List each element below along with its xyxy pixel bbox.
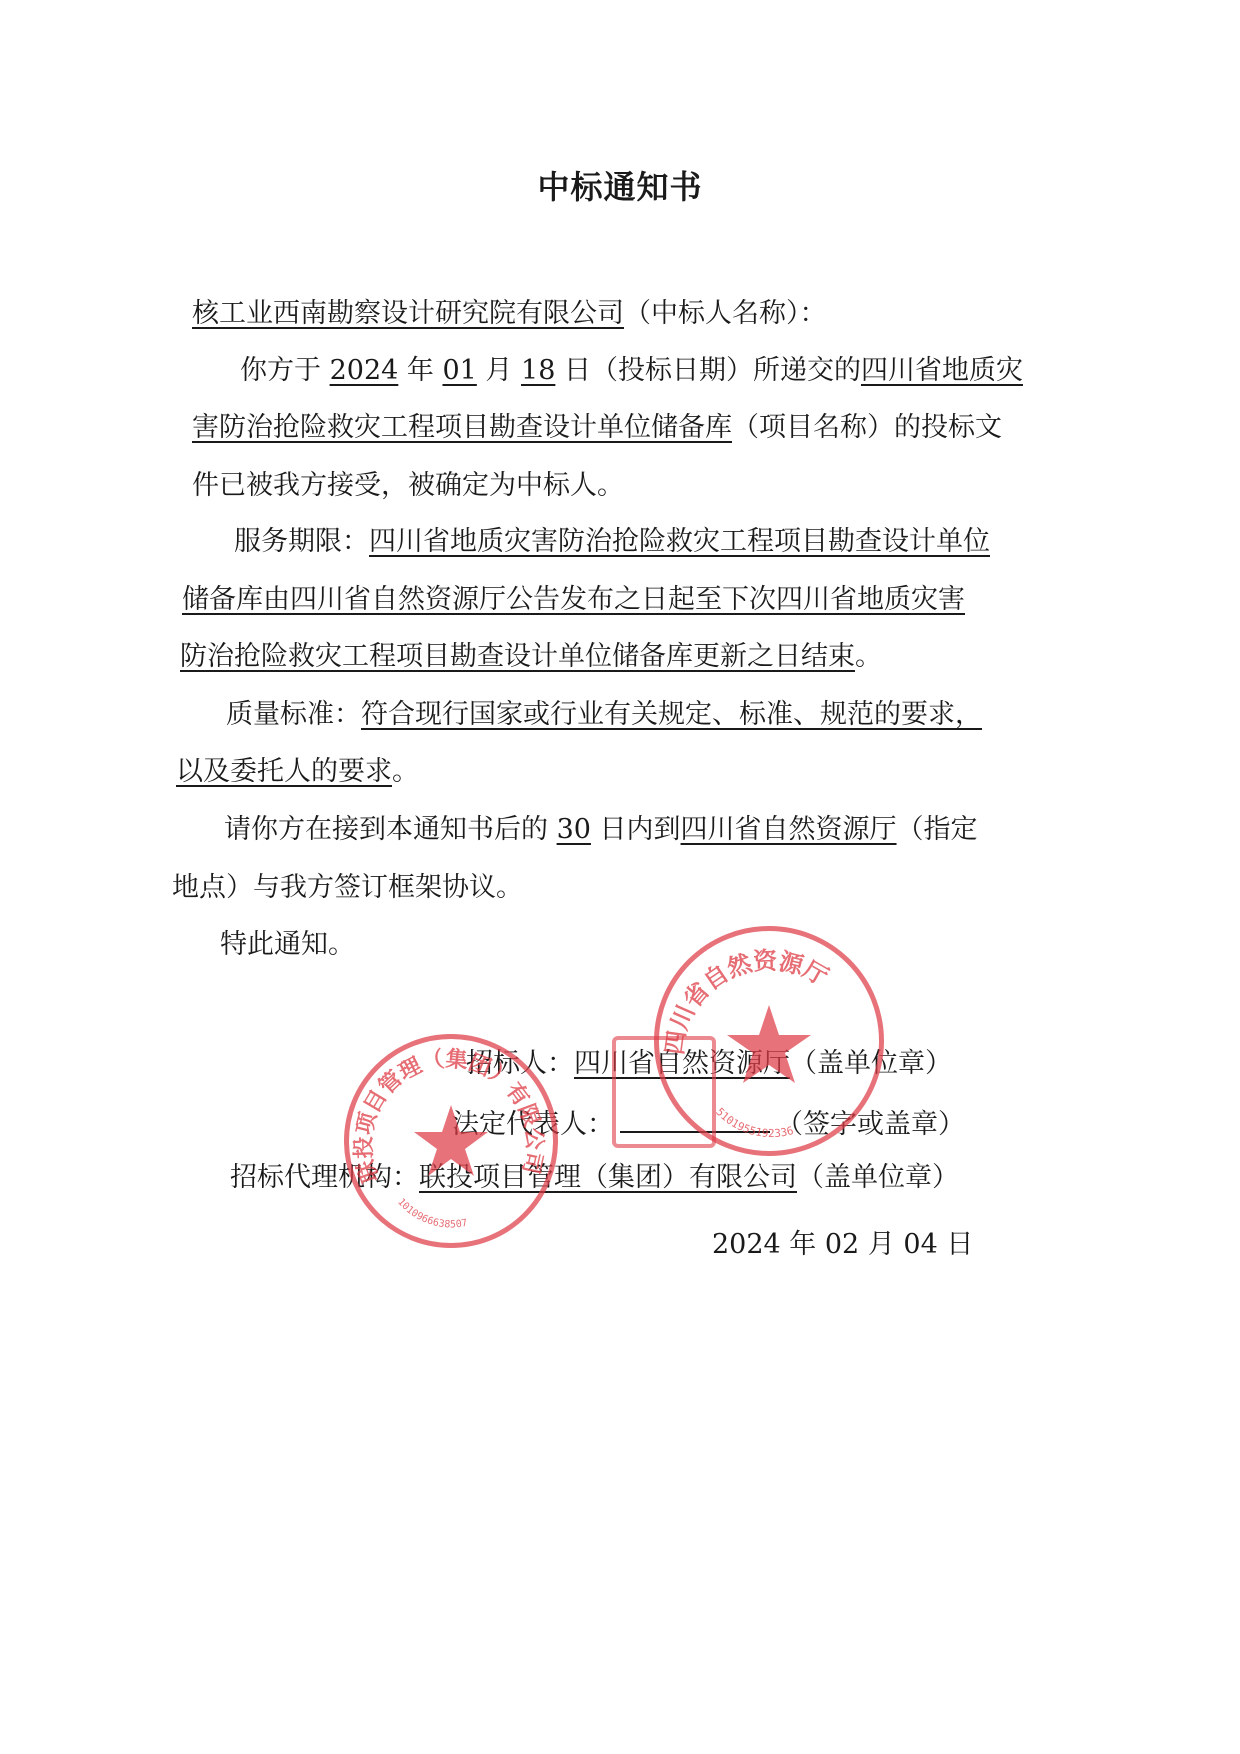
- agency-label: 招标代理机构：: [230, 1162, 419, 1193]
- legal-rep-signature-blank: [620, 1101, 770, 1133]
- tenderer-label: 招标人：: [466, 1048, 574, 1079]
- signing-request-line2: 地点）与我方签订框架协议。: [172, 868, 523, 908]
- service-period-line3: 防治抢险救灾工程项目勘查设计单位储备库更新之日结束。: [180, 637, 882, 677]
- svg-text:四川省自然资源厅: 四川省自然资源厅: [660, 947, 832, 1057]
- agency-line: 招标代理机构：联投项目管理（集团）有限公司（盖单位章）: [230, 1158, 959, 1198]
- recipient-line: 核工业西南勘察设计研究院有限公司（中标人名称）：: [192, 294, 827, 334]
- bid-month: 01: [442, 355, 476, 386]
- paragraph1-line1: 你方于 2024 年 01 月 18 日（投标日期）所递交的四川省地质灾: [240, 351, 1023, 391]
- bid-day: 18: [521, 355, 555, 386]
- document-page: 中标通知书 核工业西南勘察设计研究院有限公司（中标人名称）： 你方于 2024 …: [0, 0, 1240, 1754]
- issue-date: 2024 年 02 月 04 日: [712, 1225, 973, 1265]
- recipient-suffix: （中标人名称）：: [624, 298, 827, 329]
- signing-days: 30: [557, 814, 591, 845]
- legal-rep-label: 法定代表人：: [452, 1109, 614, 1140]
- project-name-part1: 四川省地质灾: [861, 355, 1023, 386]
- page-title: 中标通知书: [0, 162, 1240, 208]
- closing-text: 特此通知。: [220, 925, 355, 965]
- recipient-name: 核工业西南勘察设计研究院有限公司: [192, 298, 624, 329]
- signing-location: 四川省自然资源厅: [681, 814, 897, 845]
- legal-rep-note: （签字或盖章）: [776, 1109, 965, 1140]
- quality-standard-line1: 质量标准：符合现行国家或行业有关规定、标准、规范的要求，: [226, 695, 982, 735]
- service-period-label: 服务期限：: [234, 526, 369, 557]
- legal-rep-line: 法定代表人：（签字或盖章）: [452, 1101, 965, 1145]
- tenderer-note: （盖单位章）: [790, 1048, 952, 1079]
- quality-standard-line2: 以及委托人的要求。: [176, 752, 419, 792]
- svg-text:1010966638507: 1010966638507: [395, 1197, 468, 1231]
- tenderer-line: 招标人：四川省自然资源厅（盖单位章）: [466, 1044, 952, 1084]
- signing-request-line1: 请你方在接到本通知书后的 30 日内到四川省自然资源厅（指定: [224, 810, 978, 850]
- paragraph1-line2: 害防治抢险救灾工程项目勘查设计单位储备库（项目名称）的投标文: [192, 408, 1002, 448]
- paragraph1-line3: 件已被我方接受，被确定为中标人。: [192, 466, 624, 506]
- project-name-part2: 害防治抢险救灾工程项目勘查设计单位储备库: [192, 412, 732, 443]
- service-period-line1: 服务期限：四川省地质灾害防治抢险救灾工程项目勘查设计单位: [234, 522, 990, 562]
- bid-year: 2024: [330, 355, 399, 386]
- tenderer-name: 四川省自然资源厅: [574, 1048, 790, 1079]
- agency-name: 联投项目管理（集团）有限公司: [419, 1162, 797, 1193]
- service-period-line2: 储备库由四川省自然资源厅公告发布之日起至下次四川省地质灾害: [182, 580, 965, 620]
- quality-standard-label: 质量标准：: [226, 699, 361, 730]
- agency-note: （盖单位章）: [797, 1162, 959, 1193]
